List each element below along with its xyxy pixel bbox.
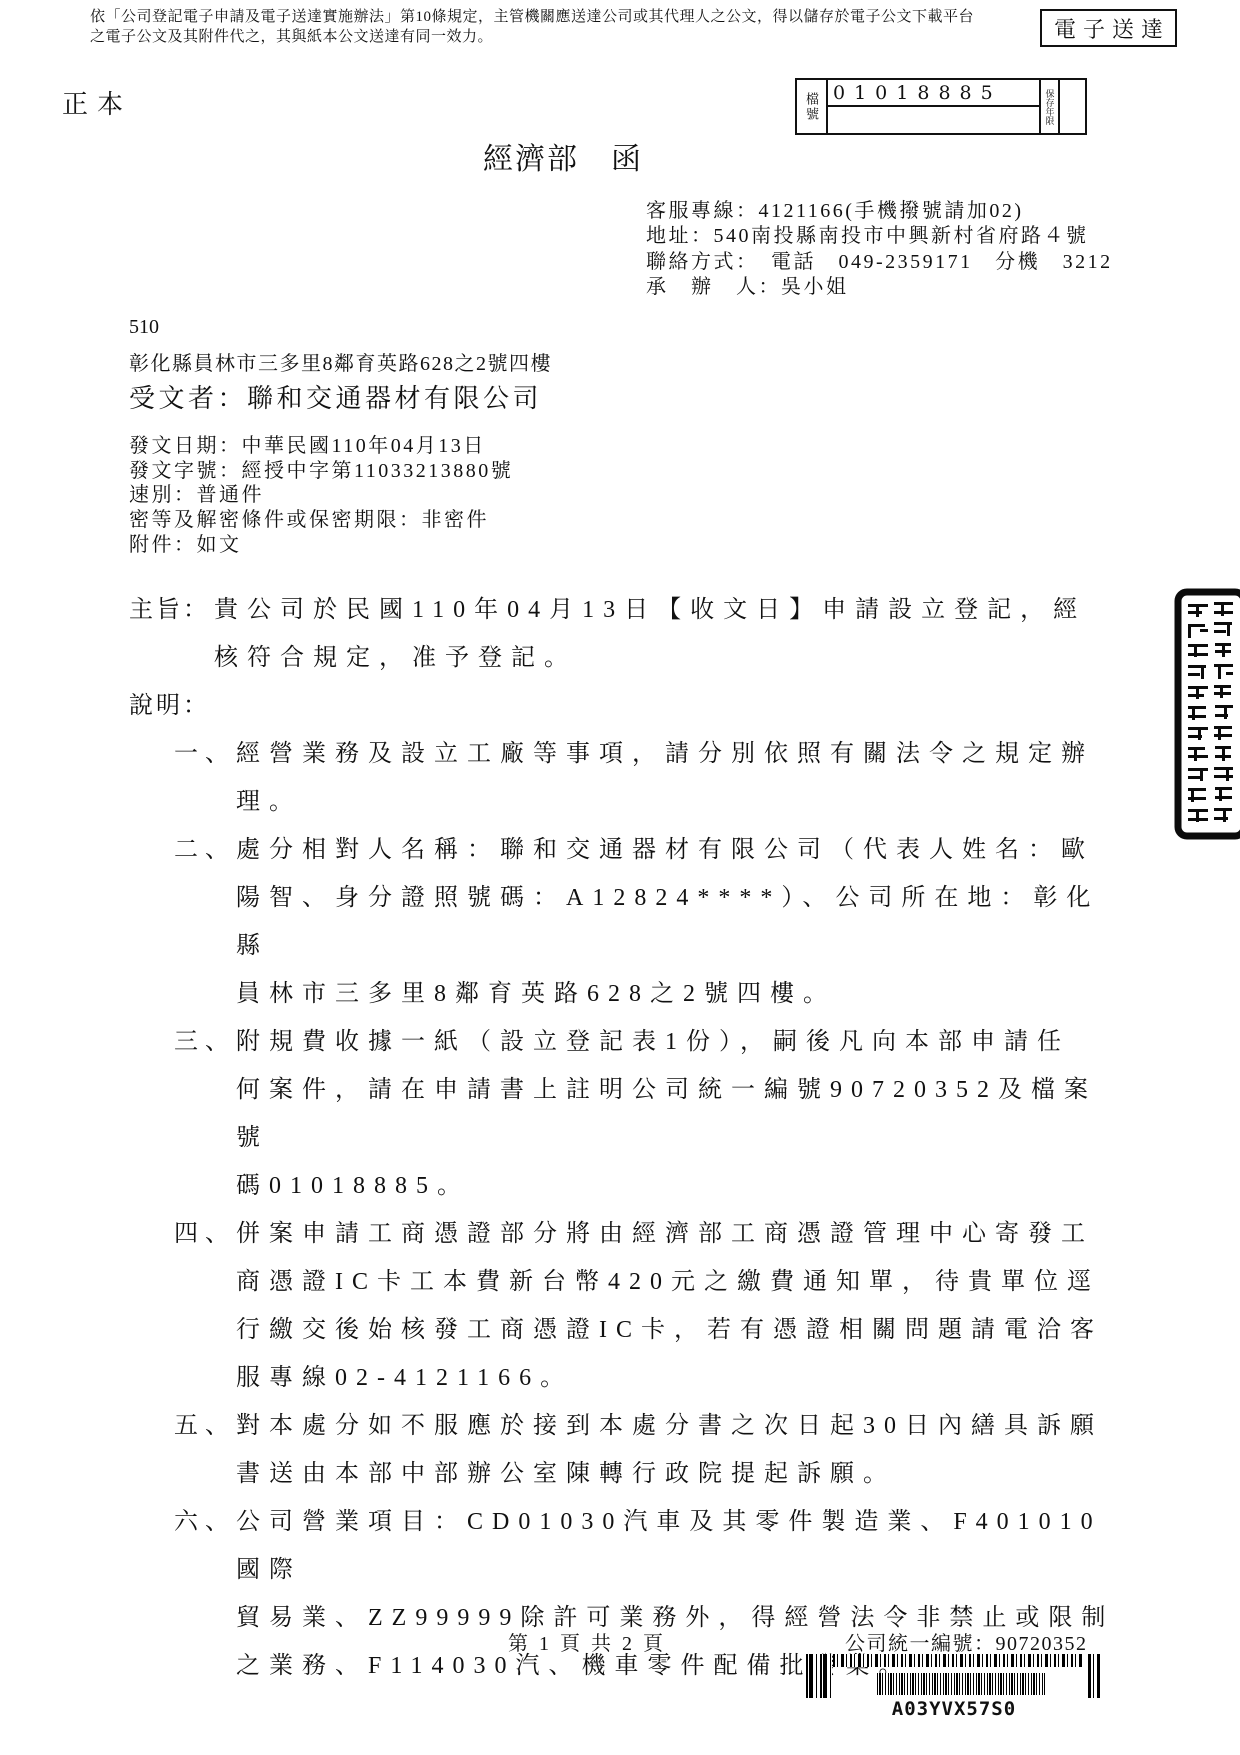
barcode-image (1088, 1654, 1102, 1698)
item-text: 併案申請工商憑證部分將由經濟部工商憑證管理中心寄發工 商憑證IC卡工本費新台幣4… (236, 1210, 1126, 1402)
barcode-text: A03YVX57S0 (806, 1698, 1102, 1720)
file-number-label: 檔號 (802, 92, 821, 122)
item-number: 二、 (174, 826, 236, 874)
barcode-image (877, 1673, 1045, 1695)
subject-text: 貴公司於民國110年04月13日【收文日】申請設立登記，經 核符合規定，准予登記… (214, 586, 1119, 682)
attachment-note: 附件：如文 (129, 533, 513, 558)
speed-class: 速別：普通件 (129, 483, 513, 508)
list-item: 二、 處分相對人名稱：聯和交通器材有限公司（代表人姓名：歐 陽智、身分證照號碼：… (174, 826, 1129, 1018)
item-number: 三、 (174, 1018, 236, 1066)
item-text: 附規費收據一紙（設立登記表1份），嗣後凡向本部申請任 何案件，請在申請書上註明公… (236, 1018, 1126, 1210)
document-title: 經濟部 函 (483, 134, 643, 178)
retention-period-label: 保存年限 (1045, 89, 1055, 125)
company-uniform-number: 公司統一編號：90720352 (845, 1627, 1088, 1656)
issue-date: 發文日期：中華民國110年04月13日 (129, 434, 513, 459)
official-seal-icon (1174, 588, 1240, 840)
barcode-image (806, 1654, 832, 1698)
disclaimer-text: 依「公司登記電子申請及電子送達實施辦法」第10條規定，主管機關應送達公司或其代理… (90, 8, 1035, 47)
list-item: 五、 對本處分如不服應於接到本處分書之次日起30日內繕具訴願 書送由本部中部辦公… (174, 1402, 1129, 1498)
retention-period-empty-cell (1060, 80, 1085, 133)
copy-type-label: 正本 (62, 84, 132, 121)
recipient-address: 彰化縣員林市三多里8鄰育英路628之2號四樓 (129, 347, 552, 376)
item-text: 對本處分如不服應於接到本處分書之次日起30日內繕具訴願 書送由本部中部辦公室陳轉… (236, 1402, 1126, 1498)
item-number: 一、 (174, 730, 236, 778)
file-number-area: 01018885 (828, 80, 1039, 133)
item-number: 六、 (174, 1498, 236, 1546)
explanation-label: 說明： (129, 682, 1129, 730)
e-delivery-badge: 電子送達 (1040, 9, 1177, 47)
item-text: 處分相對人名稱：聯和交通器材有限公司（代表人姓名：歐 陽智、身分證照號碼：A12… (236, 826, 1126, 1018)
list-item: 三、 附規費收據一紙（設立登記表1份），嗣後凡向本部申請任 何案件，請在申請書上… (174, 1018, 1129, 1210)
file-number-empty-row (828, 107, 1039, 133)
sender-service-line: 客服專線：4121166(手機撥號請加02) (646, 199, 1113, 224)
sender-contact-block: 客服專線：4121166(手機撥號請加02) 地址：540南投縣南投市中興新村省… (646, 199, 1113, 301)
subject-label: 主旨： (129, 586, 214, 634)
subject-row: 主旨： 貴公司於民國110年04月13日【收文日】申請設立登記，經 核符合規定，… (129, 586, 1129, 682)
barcode-image (833, 1654, 1083, 1667)
item-number: 四、 (174, 1210, 236, 1258)
footer-page-indicator: 第 1 頁 共 2 頁 (508, 1627, 666, 1656)
item-number: 五、 (174, 1402, 236, 1450)
explanation-items: 一、 經營業務及設立工廠等事項，請分別依照有關法令之規定辦 理。 二、 處分相對… (129, 730, 1129, 1690)
recipient-zip: 510 (129, 316, 159, 339)
sender-handler: 承 辦 人：吳小姐 (646, 275, 1113, 300)
file-number-box: 檔號 01018885 保存年限 (795, 78, 1087, 135)
secrecy-class: 密等及解密條件或保密期限：非密件 (129, 508, 513, 533)
issue-number: 發文字號：經授中字第11033213880號 (129, 459, 513, 484)
file-number-value: 01018885 (828, 80, 1039, 107)
item-text: 經營業務及設立工廠等事項，請分別依照有關法令之規定辦 理。 (236, 730, 1126, 826)
document-meta-block: 發文日期：中華民國110年04月13日 發文字號：經授中字第1103321388… (129, 434, 513, 558)
retention-period-cell: 保存年限 (1039, 80, 1060, 133)
barcode: A03YVX57S0 (806, 1654, 1102, 1720)
recipient-name-line: 受文者：聯和交通器材有限公司 (129, 378, 542, 415)
document-body: 主旨： 貴公司於民國110年04月13日【收文日】申請設立登記，經 核符合規定，… (129, 586, 1129, 1690)
sender-contact-method: 聯絡方式： 電話 049-2359171 分機 3212 (646, 250, 1113, 275)
list-item: 四、 併案申請工商憑證部分將由經濟部工商憑證管理中心寄發工 商憑證IC卡工本費新… (174, 1210, 1129, 1402)
file-number-label-cell: 檔號 (797, 80, 828, 133)
document-page: 依「公司登記電子申請及電子送達實施辦法」第10條規定，主管機關應送達公司或其代理… (0, 0, 1240, 1755)
sender-address: 地址：540南投縣南投市中興新村省府路４號 (646, 224, 1113, 249)
list-item: 一、 經營業務及設立工廠等事項，請分別依照有關法令之規定辦 理。 (174, 730, 1129, 826)
